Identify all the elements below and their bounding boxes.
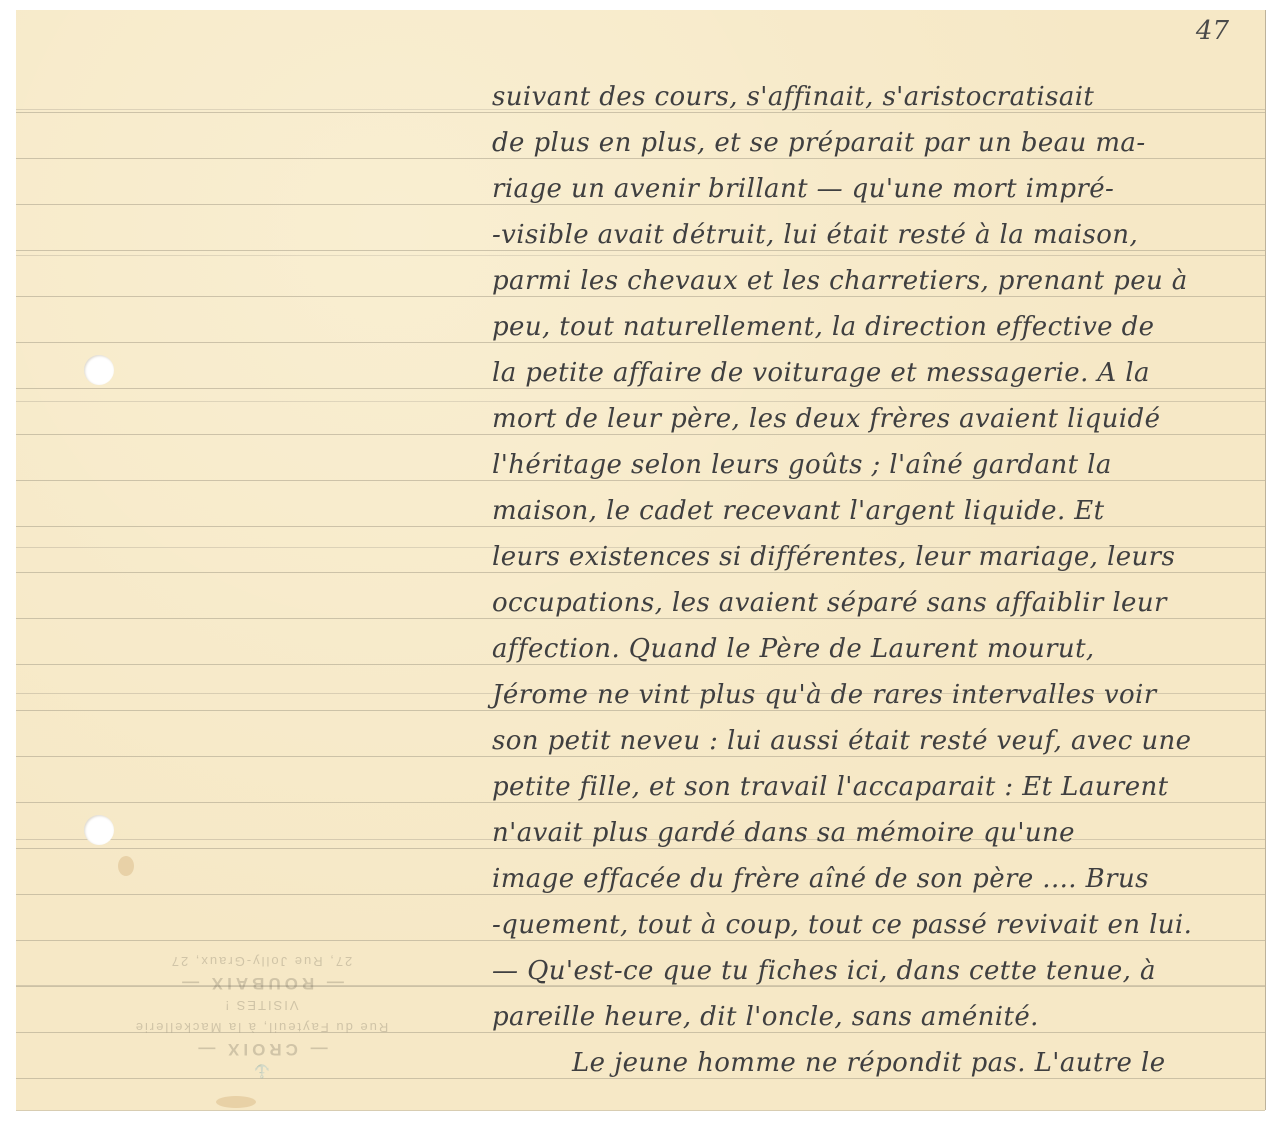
stamp-line: — ROUBAIX —	[116, 972, 406, 994]
stamp-line: ⚓	[116, 1060, 406, 1082]
text-line: pareille heure, dit l'oncle, sans aménit…	[492, 994, 1280, 1040]
text-line: maison, le cadet recevant l'argent liqui…	[492, 488, 1280, 534]
text-line: son petit neveu : lui aussi était resté …	[492, 718, 1280, 764]
text-line: parmi les chevaux et les charretiers, pr…	[492, 258, 1280, 304]
text-line: peu, tout naturellement, la direction ef…	[492, 304, 1280, 350]
text-line: leurs existences si différentes, leur ma…	[492, 534, 1280, 580]
show-through-stamp: ⚓ — CROIX — Rue du Fayteuil, à la Mackel…	[116, 950, 406, 1082]
stamp-line: 27, Rue Jolly-Graux, 27	[116, 950, 406, 972]
foxing-stain	[216, 1096, 256, 1108]
text-line: suivant des cours, s'affinait, s'aristoc…	[492, 74, 1280, 120]
text-line: riage un avenir brillant — qu'une mort i…	[492, 166, 1280, 212]
stamp-line: — CROIX —	[116, 1038, 406, 1060]
page-number: 47	[1196, 16, 1229, 46]
text-line: de plus en plus, et se préparait par un …	[492, 120, 1280, 166]
punch-hole-icon	[84, 815, 114, 845]
punch-hole-icon	[84, 355, 114, 385]
stamp-line: VISITES !	[116, 994, 406, 1016]
text-line: mort de leur père, les deux frères avaie…	[492, 396, 1280, 442]
stamp-line: Rue du Fayteuil, à la Mackellerie	[116, 1016, 406, 1038]
manuscript-page: 47 ⚓ — CROIX — Rue du Fayteuil, à la Mac…	[16, 10, 1265, 1110]
text-line: n'avait plus gardé dans sa mémoire qu'un…	[492, 810, 1280, 856]
text-line: -visible avait détruit, lui était resté …	[492, 212, 1280, 258]
text-line: la petite affaire de voiturage et messag…	[492, 350, 1280, 396]
text-line: l'héritage selon leurs goûts ; l'aîné ga…	[492, 442, 1280, 488]
text-line: Le jeune homme ne répondit pas. L'autre …	[492, 1040, 1280, 1086]
text-line: Jérome ne vint plus qu'à de rares interv…	[492, 672, 1280, 718]
text-line: petite fille, et son travail l'accaparai…	[492, 764, 1280, 810]
text-line: occupations, les avaient séparé sans aff…	[492, 580, 1280, 626]
handwritten-text: suivant des cours, s'affinait, s'aristoc…	[492, 74, 1280, 1086]
foxing-stain	[118, 856, 134, 876]
text-line: -quement, tout à coup, tout ce passé rev…	[492, 902, 1280, 948]
text-line: image effacée du frère aîné de son père …	[492, 856, 1280, 902]
text-line: affection. Quand le Père de Laurent mour…	[492, 626, 1280, 672]
text-line: — Qu'est-ce que tu fiches ici, dans cett…	[492, 948, 1280, 994]
